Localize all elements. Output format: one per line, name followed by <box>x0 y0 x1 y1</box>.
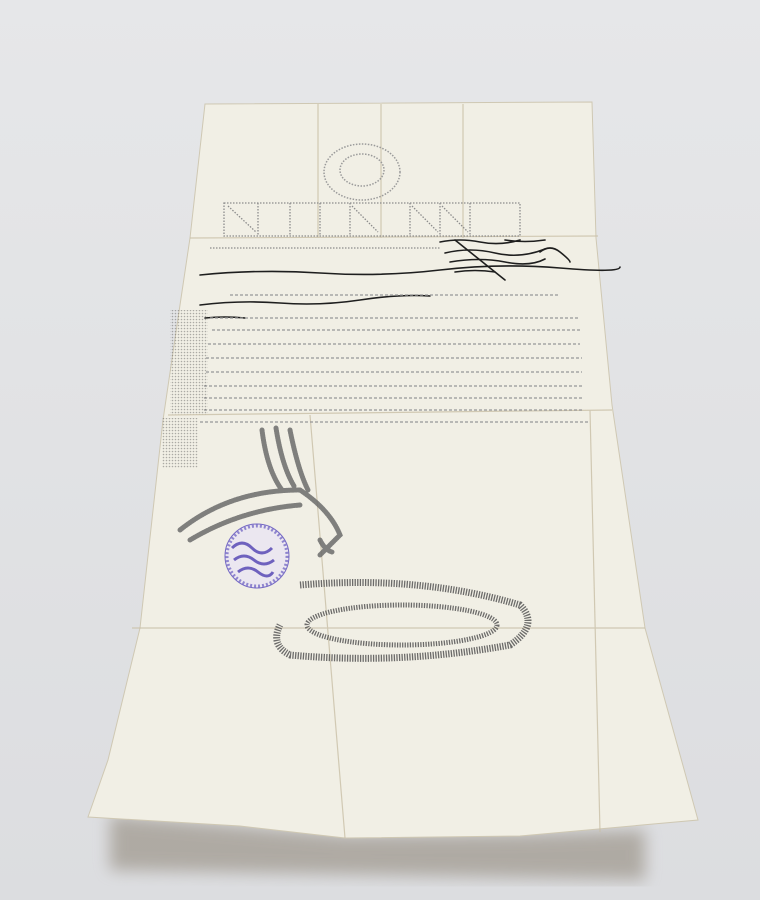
paper <box>88 102 698 838</box>
document-photo <box>0 0 760 900</box>
blue-round-stamp <box>225 524 289 588</box>
